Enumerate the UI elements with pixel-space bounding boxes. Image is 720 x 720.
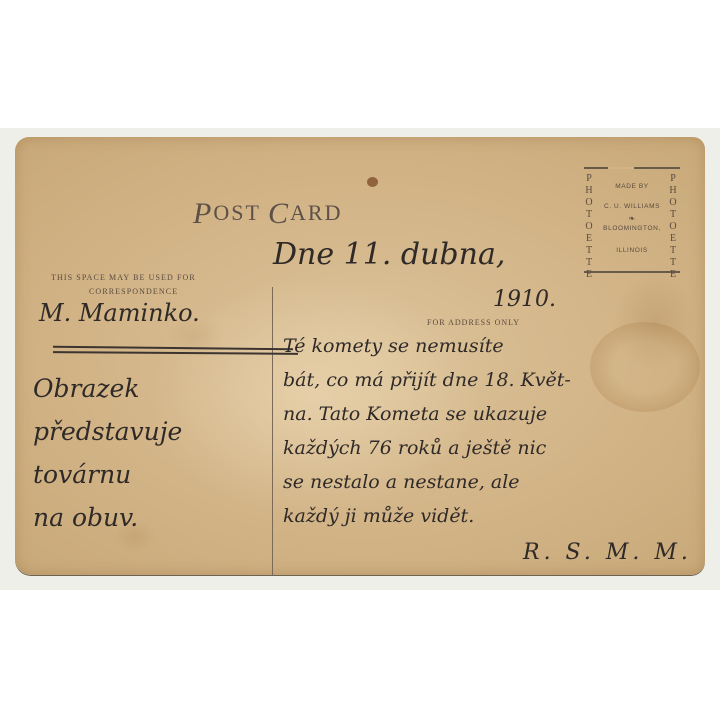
water-stain (590, 322, 700, 412)
stamp-vertical-text-right: PHOTOETTE (668, 173, 678, 281)
left-message: Obrazek představuje továrnu na obuv. (33, 367, 182, 539)
stamp-state: ILLINOIS (596, 247, 668, 254)
stain-spot (367, 177, 378, 187)
stamp-letter: O (584, 197, 594, 209)
stamp-letter: P (584, 173, 594, 185)
postcard: POST CARD THIS SPACE MAY BE USED FOR COR… (15, 137, 705, 575)
stamp-letter: T (668, 245, 678, 257)
correspondence-label: THIS SPACE MAY BE USED FOR (51, 273, 196, 282)
center-divider (272, 287, 273, 575)
stamp-vertical-text-left: PHOTOETTE (584, 173, 594, 281)
stamp-letter: O (668, 221, 678, 233)
correspondence-label-2: CORRESPONDENCE (89, 287, 178, 296)
address-label: FOR ADDRESS ONLY (427, 318, 520, 327)
handwritten-year: 1910. (493, 287, 556, 312)
stamp-letter: T (584, 257, 594, 269)
stamp-letter: E (584, 233, 594, 245)
signature: R. S. M. M. (523, 540, 692, 565)
stamp-maker: C. U. WILLIAMS (596, 203, 668, 210)
postcard-title: POST CARD (193, 197, 342, 231)
underline-rule (53, 346, 293, 350)
stamp-letter: O (584, 221, 594, 233)
stamp-letter: P (668, 173, 678, 185)
stamp-box: PHOTOETTE PHOTOETTE MADE BY C. U. WILLIA… (582, 165, 682, 273)
ornament-icon: ❧ (596, 214, 668, 223)
stamp-letter: E (668, 269, 678, 281)
stamp-letter: T (668, 209, 678, 221)
stamp-letter: T (584, 209, 594, 221)
stamp-box-top-rule (584, 167, 680, 169)
stamp-letter: E (668, 233, 678, 245)
stamp-letter: T (668, 257, 678, 269)
stamp-letter: T (584, 245, 594, 257)
stamp-box-bottom-rule (584, 271, 680, 273)
stamp-letter: H (668, 185, 678, 197)
handwritten-date: Dne 11. dubna, (273, 237, 505, 272)
stamp-letter: O (668, 197, 678, 209)
stamp-made-by: MADE BY (596, 183, 668, 190)
stamp-letter: E (584, 269, 594, 281)
underline-rule-2 (53, 351, 298, 354)
stamp-city: BLOOMINGTON, (596, 225, 668, 232)
right-message: Té komety se nemusíte bát, co má přijít … (283, 329, 571, 533)
handwritten-greeting: M. Maminko. (39, 299, 200, 327)
stamp-letter: H (584, 185, 594, 197)
